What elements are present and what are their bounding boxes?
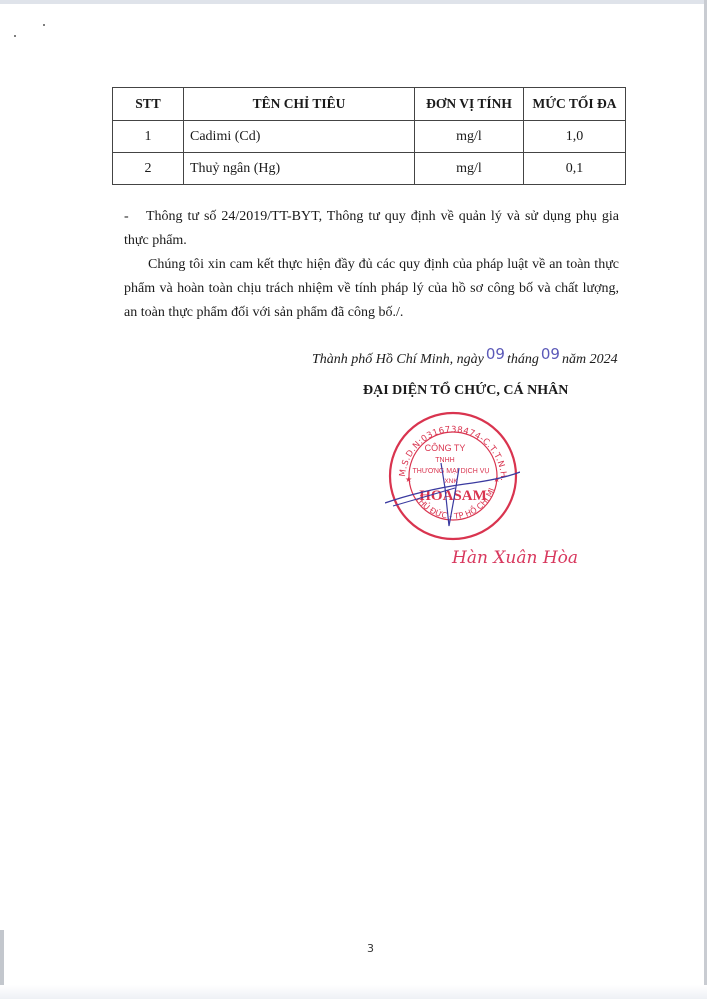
scan-bottom-edge [0,985,707,999]
bullet-dash: - [124,205,146,229]
header-max-level: MỨC TỐI ĐA [524,88,626,121]
cell-indicator: Thuỷ ngân (Hg) [184,153,415,185]
cell-max: 0,1 [524,153,626,185]
scan-speck [43,24,45,26]
table-header-row: STT TÊN CHỈ TIÊU ĐƠN VỊ TÍNH MỨC TỐI ĐA [113,88,626,121]
cell-indicator: Cadimi (Cd) [184,121,415,153]
representative-title: ĐẠI DIỆN TỔ CHỨC, CÁ NHÂN [363,383,568,399]
company-seal-stamp: M.S.D.N:0316738474-C.T.T.N.H.H THỦ ĐỨC -… [385,408,520,543]
header-stt: STT [113,88,184,121]
seal-line-tnhh: TNHH [435,457,454,464]
header-unit: ĐƠN VỊ TÍNH [415,88,524,121]
year-label: năm 2024 [562,352,618,367]
regulation-bullet: -Thông tư số 24/2019/TT-BYT, Thông tư qu… [124,205,619,253]
cell-unit: mg/l [415,121,524,153]
handwritten-month: 09 [539,345,562,363]
date-line: Thành phố Hồ Chí Minh, ngày09tháng09năm … [312,349,618,368]
header-indicator-name: TÊN CHỈ TIÊU [184,88,415,121]
cell-unit: mg/l [415,153,524,185]
date-prefix: Thành phố Hồ Chí Minh, ngày [312,352,484,367]
page-number: 3 [367,942,374,955]
handwritten-day: 09 [484,345,507,363]
cell-max: 1,0 [524,121,626,153]
seal-line-company: CÔNG TY [425,443,466,453]
table-row: 1 Cadimi (Cd) mg/l 1,0 [113,121,626,153]
commitment-paragraph: Chúng tôi xin cam kết thực hiện đầy đủ c… [124,253,619,325]
scan-speck [14,35,16,37]
seal-star-left: ★ [405,475,412,484]
scan-top-edge [0,0,707,4]
cell-stt: 1 [113,121,184,153]
bullet-text: Thông tư số 24/2019/TT-BYT, Thông tư quy… [124,209,619,248]
limits-table: STT TÊN CHỈ TIÊU ĐƠN VỊ TÍNH MỨC TỐI ĐA … [112,87,626,185]
signatory-name: Hàn Xuân Hòa [452,548,578,568]
cell-stt: 2 [113,153,184,185]
seal-line-trade: THƯƠNG MẠI DỊCH VỤ [413,468,490,475]
table-row: 2 Thuỷ ngân (Hg) mg/l 0,1 [113,153,626,185]
month-label: tháng [507,352,539,367]
